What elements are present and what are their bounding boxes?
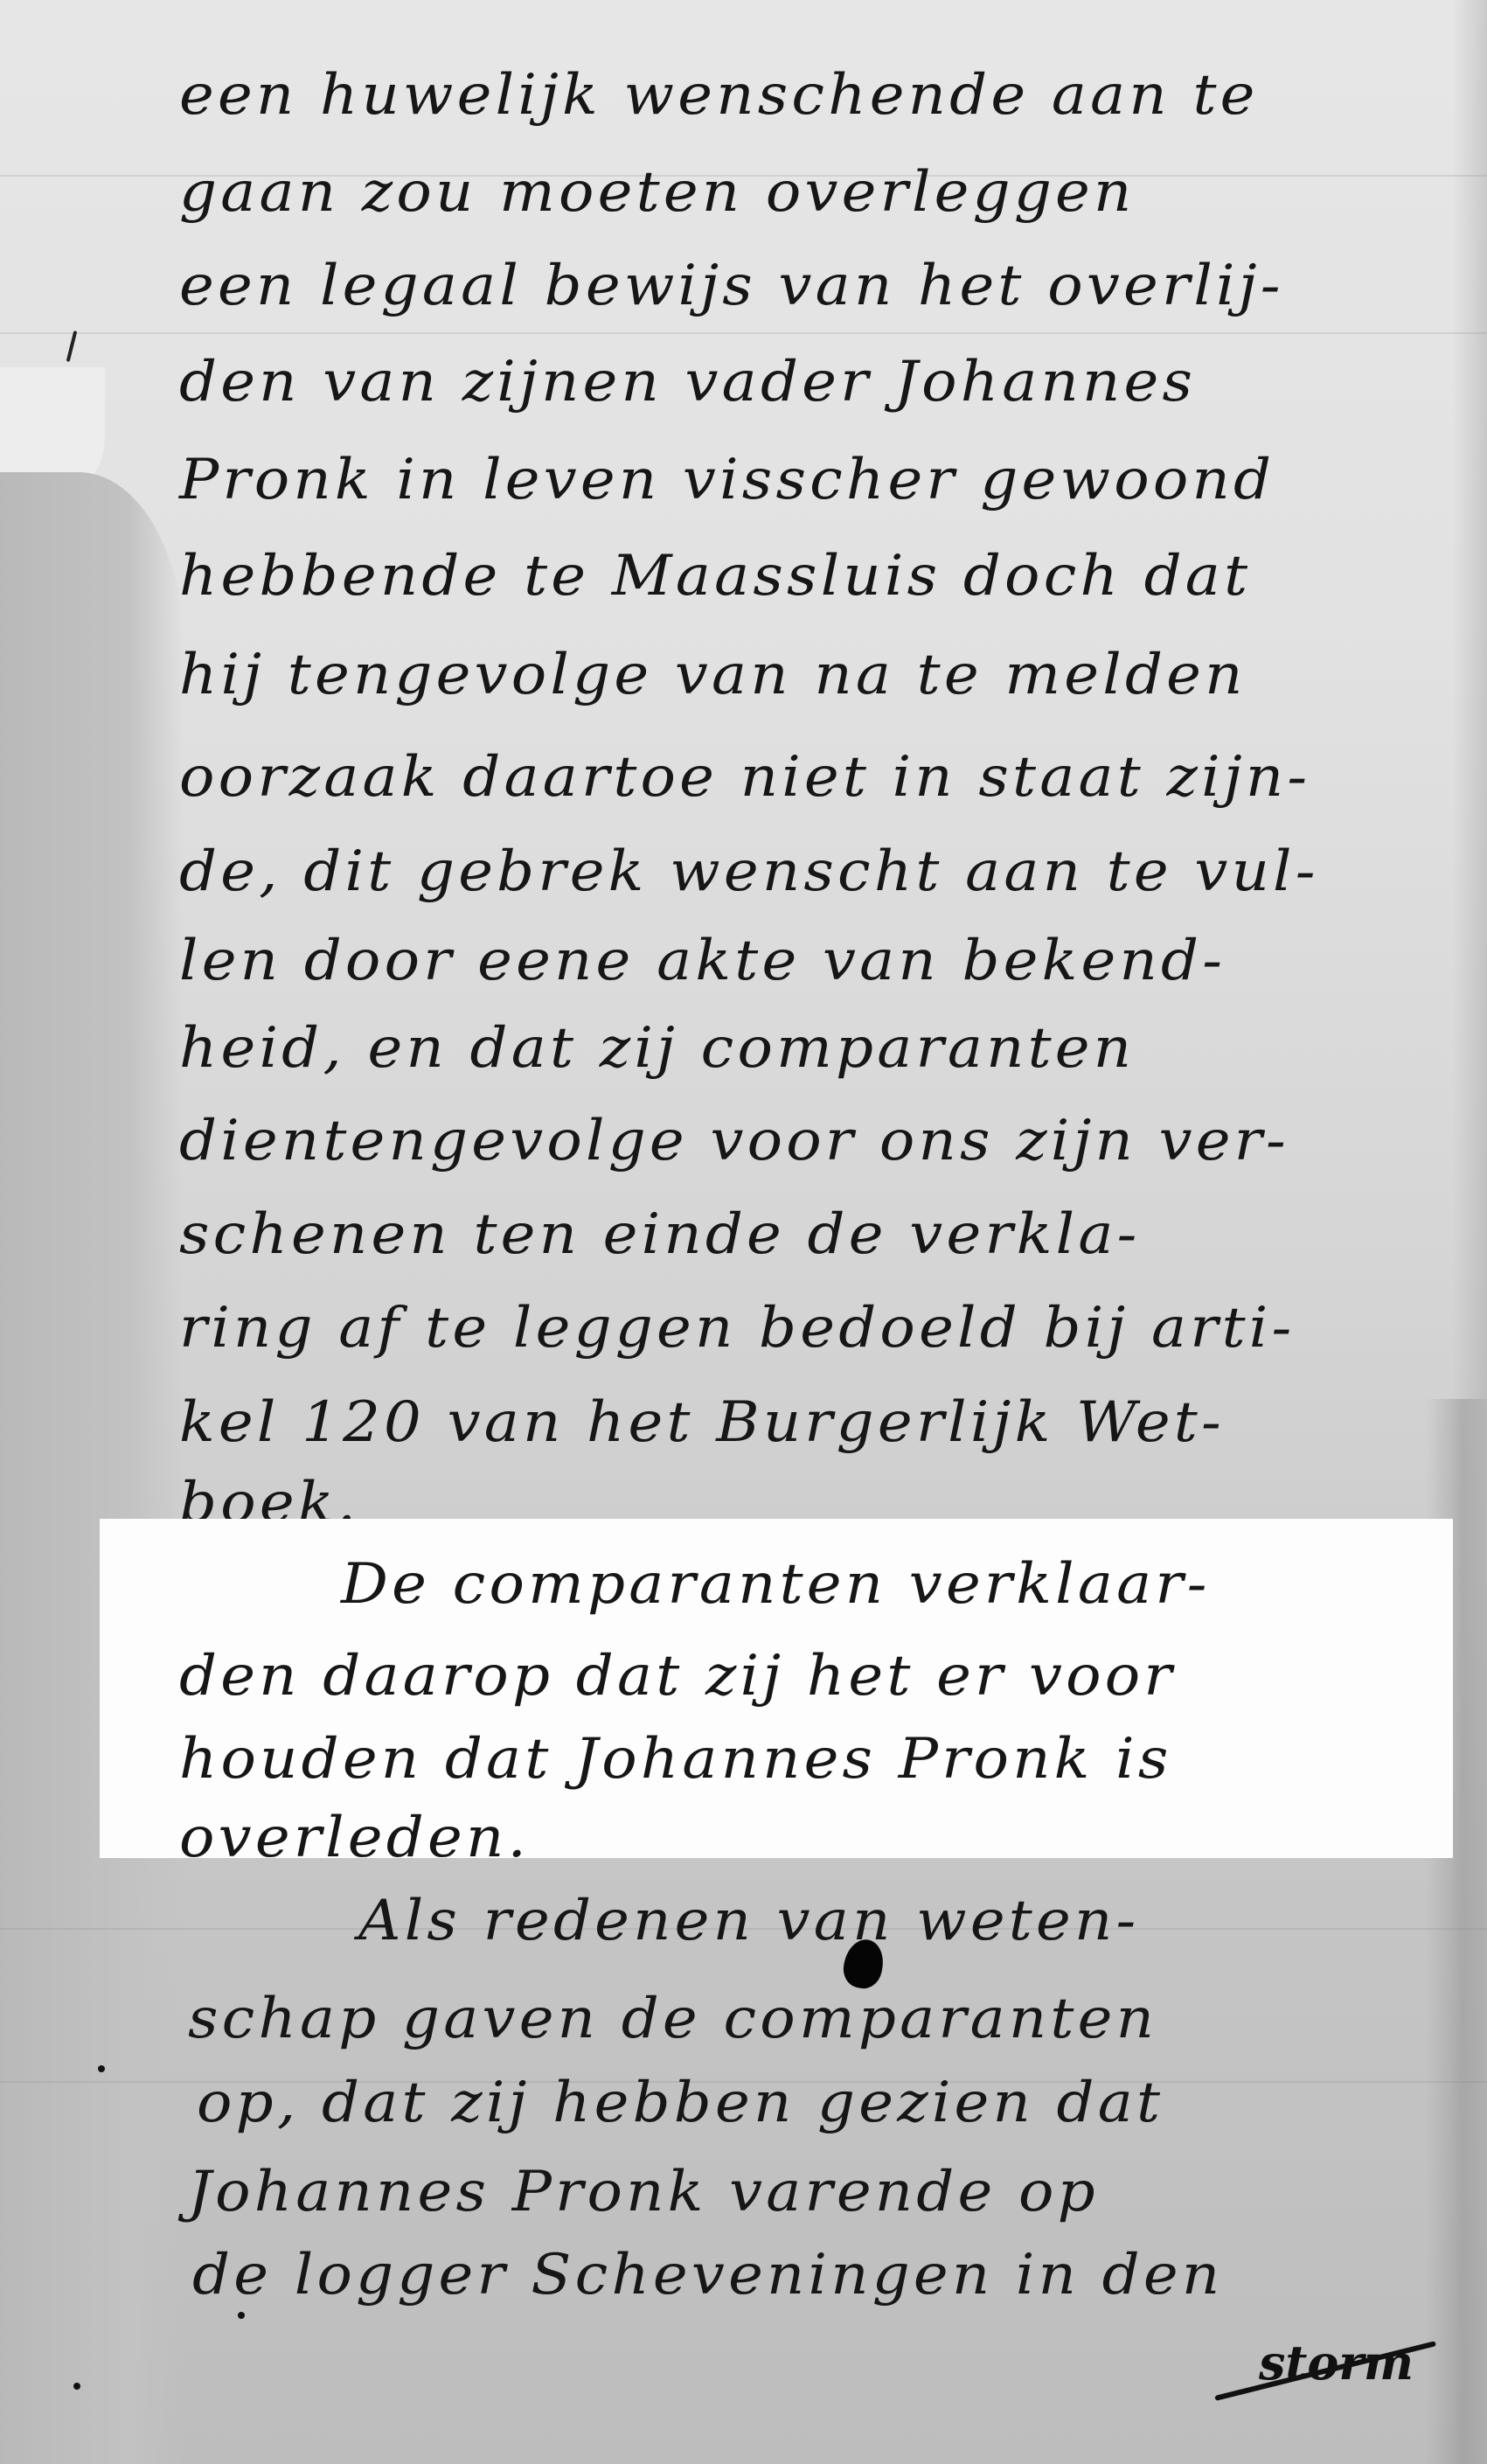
ink-dot bbox=[238, 2312, 245, 2319]
text-line: schenen ten einde de verkla- bbox=[179, 1202, 1141, 1267]
bleed-through-line bbox=[0, 332, 1487, 334]
paper-shadow-left bbox=[0, 472, 184, 2464]
text-line: kel 120 van het Burgerlijk Wet- bbox=[179, 1390, 1225, 1455]
ink-dot bbox=[98, 2065, 105, 2072]
text-line: een legaal bewijs van het overlij- bbox=[179, 254, 1284, 318]
text-line: op, dat zij hebben gezien dat bbox=[197, 2071, 1164, 2135]
text-line: den daarop dat zij het er voor bbox=[179, 1644, 1176, 1709]
text-line: houden dat Johannes Pronk is bbox=[179, 1727, 1172, 1792]
text-line: oorzaak daartoe niet in staat zijn- bbox=[179, 745, 1310, 810]
text-line: schap gaven de comparanten bbox=[188, 1987, 1157, 2051]
document-page: een huwelijk wenschende aan te gaan zou … bbox=[0, 0, 1487, 2464]
margin-tick-mark bbox=[66, 331, 78, 362]
text-line: len door eene akte van bekend- bbox=[179, 929, 1226, 993]
ink-dot bbox=[73, 2383, 80, 2390]
text-line: dientengevolge voor ons zijn ver- bbox=[179, 1109, 1289, 1173]
text-line: De comparanten verklaar- bbox=[341, 1552, 1211, 1617]
text-line: de logger Scheveningen in den bbox=[192, 2243, 1223, 2307]
text-line: hebbende te Maassluis doch dat bbox=[179, 544, 1251, 609]
text-line: de, dit gebrek wenscht aan te vul- bbox=[179, 839, 1319, 904]
text-line: ring af te leggen bedoeld bij arti- bbox=[179, 1296, 1295, 1361]
text-line: hij tengevolge van na te melden bbox=[179, 643, 1247, 707]
text-line: gaan zou moeten overleggen bbox=[179, 160, 1136, 225]
text-line: heid, en dat zij comparanten bbox=[179, 1016, 1135, 1081]
text-line: den van zijnen vader Johannes bbox=[179, 350, 1196, 414]
text-line: Als redenen van weten- bbox=[358, 1889, 1139, 1953]
text-line: Pronk in leven visscher gewoond bbox=[179, 448, 1275, 512]
text-line: overleden. bbox=[179, 1806, 530, 1870]
text-line: Johannes Pronk varende op bbox=[188, 2160, 1099, 2224]
text-line: een huwelijk wenschende aan te bbox=[179, 63, 1259, 128]
